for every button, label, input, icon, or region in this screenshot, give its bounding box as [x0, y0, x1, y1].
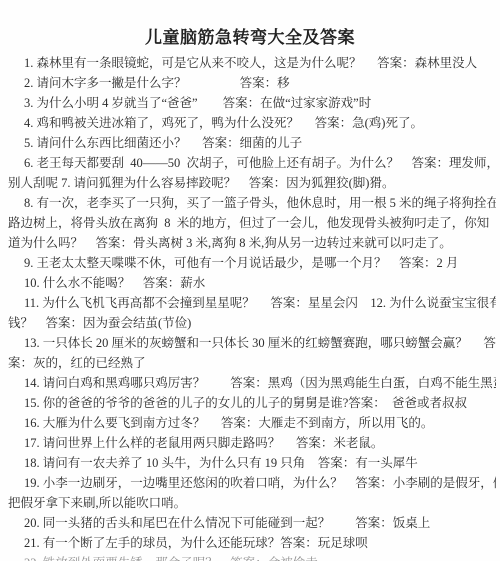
document-line: 11. 为什么飞机飞再高都不会撞到星星呢？ 答案：星星会闪 12. 为什么说蚕宝… [8, 293, 496, 313]
document-page: 儿童脑筋急转弯大全及答案 1. 森林里有一条眼镜蛇，可是它从来不咬人，这是为什么… [0, 0, 500, 565]
page-bottom-crop [0, 561, 500, 565]
document-line: 4. 鸡和鸭被关进冰箱了，鸡死了，鸭为什么没死？ 答案：急(鸡)死了。 [8, 113, 496, 133]
document-line: 3. 为什么小明 4 岁就当了“爸爸” 答案：在做“过家家游戏”时 [8, 93, 496, 113]
document-line: 路边树上，将骨头放在离狗 8 米的地方，但过了一会儿，他发现骨头被狗叼走了，你知 [8, 213, 496, 233]
document-line: 10. 什么水不能喝？ 答案：薪水 [8, 273, 496, 293]
document-line: 19. 小李一边刷牙，一边嘴里还悠闲的吹着口哨，为什么？ 答案：小李刷的是假牙，… [8, 473, 496, 493]
document-line: 9. 王老太太整天喋喋不休，可他有一个月说话最少，是哪一个月？ 答案：2 月 [8, 253, 496, 273]
document-line: 2. 请问木字多一撇是什么字？ 答案：移 [8, 73, 496, 93]
document-line: 20. 同一头猪的舌头和尾巴在什么情况下可能碰到一起？ 答案：饭桌上 [8, 513, 496, 533]
document-line: 15. 你的爸爸的爷爷的爸爸的儿子的女儿的儿子的舅舅是谁?答案： 爸爸或者叔叔 [8, 393, 496, 413]
document-line: 16. 大雁为什么要飞到南方过冬？ 答案：大雁走不到南方，所以用飞的。 [8, 413, 496, 433]
document-line: 8. 有一次，老李买了一只狗，买了一篮子骨头，他休息时，用一根 5 米的绳子将狗… [8, 193, 496, 213]
document-line: 21. 有一个断了左手的球员，为什么还能玩球？答案：玩足球呗 [8, 533, 496, 553]
document-line: 13. 一只体长 20 厘米的灰螃蟹和一只体长 30 厘米的红螃蟹赛跑，哪只螃蟹… [8, 333, 496, 353]
document-line: 18. 请问有一农夫养了 10 头牛，为什么只有 19 只角 答案：有一头犀牛 [8, 453, 496, 473]
document-line: 1. 森林里有一条眼镜蛇，可是它从来不咬人，这是为什么呢？ 答案：森林里没人 [8, 53, 496, 73]
document-line: 17. 请问世界上什么样的老鼠用两只脚走路吗？ 答案：米老鼠。 [8, 433, 496, 453]
page-title: 儿童脑筋急转弯大全及答案 [0, 23, 500, 48]
document-line: 把假牙拿下来刷,所以能吹口哨。 [8, 493, 496, 513]
document-line: 14. 请问白鸡和黑鸡哪只鸡厉害？ 答案：黑鸡（因为黑鸡能生白蛋，白鸡不能生黑蛋… [8, 373, 496, 393]
document-line: 6. 老王每天都要刮 40——50 次胡子，可他脸上还有胡子。为什么？ 答案：理… [8, 153, 496, 173]
document-line: 案：灰的，红的已经熟了 [8, 353, 496, 373]
document-body: 1. 森林里有一条眼镜蛇，可是它从来不咬人，这是为什么呢？ 答案：森林里没人2.… [8, 53, 496, 565]
document-line: 别人刮呢 7. 请问狐狸为什么容易摔跤呢？ 答案：因为狐狸狡(脚)猾。 [8, 173, 496, 193]
document-line: 道为什么吗？ 答案：骨头离树 3 米,离狗 8 米,狗从另一边转过来就可以叼走了… [8, 233, 496, 253]
document-line: 5. 请问什么东西比细菌还小？ 答案：细菌的儿子 [8, 133, 496, 153]
document-line: 钱？ 答案：因为蚕会结茧(节俭) [8, 313, 496, 333]
